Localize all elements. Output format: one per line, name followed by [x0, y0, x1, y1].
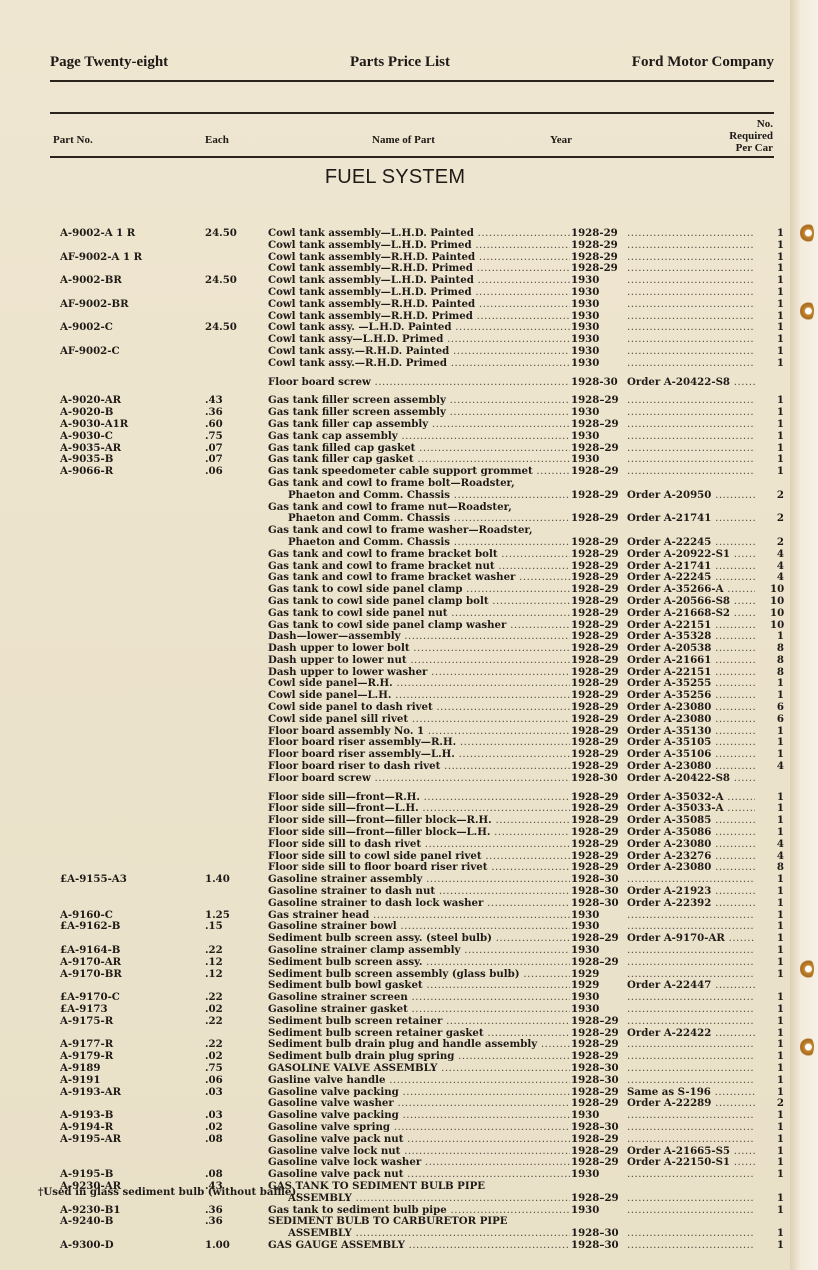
- order-note: [627, 1004, 755, 1016]
- part-name: Gas tank and cowl to frame nut—Roadster,: [268, 502, 570, 514]
- quantity-per-car: 8: [770, 655, 784, 667]
- table-row: Gas tank and cowl to frame bracket nut19…: [0, 561, 790, 573]
- part-number: A-9002-C: [60, 322, 113, 334]
- table-row: Floor side sill to dash rivet1928–29Orde…: [0, 839, 790, 851]
- part-number: A-9170-BR: [60, 969, 122, 981]
- quantity-per-car: 10: [770, 608, 784, 620]
- order-note: Order A-22151: [627, 620, 755, 632]
- column-header-bottom-rule: [50, 156, 774, 158]
- table-row: Floor board screw1928-30Order A-20422-S8: [0, 773, 790, 785]
- table-row: Floor board riser assembly—L.H.1928–29Or…: [0, 749, 790, 761]
- table-row: A-9195-AR.08Gasoline valve pack nut1928–…: [0, 1134, 790, 1146]
- footnote: †Used in glass sediment bulb (without ba…: [38, 1186, 300, 1198]
- price-each: .06: [205, 466, 235, 478]
- part-name: Gasoline strainer clamp assembly: [268, 945, 570, 957]
- part-name: Floor board assembly No. 1: [268, 726, 570, 738]
- part-name: Gas tank cap assembly: [268, 431, 570, 443]
- part-name: Cowl tank assembly—R.H.D. Painted: [268, 252, 570, 264]
- part-year: 1928–29: [571, 839, 619, 851]
- quantity-per-car: 1: [770, 1240, 784, 1252]
- part-year: 1928–29: [571, 655, 619, 667]
- quantity-per-car: 2: [770, 513, 784, 525]
- table-row: A-9230-B1.36Gas tank to sediment bulb pi…: [0, 1205, 790, 1217]
- quantity-per-car: 1: [770, 1205, 784, 1217]
- quantity-per-car: 1: [770, 431, 784, 443]
- order-note: [627, 992, 755, 1004]
- order-note: Order A-20922-S1: [627, 549, 755, 561]
- part-name: Gasoline valve pack nut: [268, 1169, 570, 1181]
- part-year: 1928–29: [571, 608, 619, 620]
- part-year: 1930: [571, 431, 599, 443]
- price-each: .75: [205, 1063, 235, 1075]
- table-row: A-9170-AR.12Sediment bulb screen assy.19…: [0, 957, 790, 969]
- price-each: .03: [205, 1087, 235, 1099]
- table-row: Cowl side panel to dash rivet1928–29Orde…: [0, 702, 790, 714]
- order-note: [627, 322, 755, 334]
- part-name: Gas tank and cowl to frame bracket bolt: [268, 549, 570, 561]
- part-year: 1928–29: [571, 537, 619, 549]
- col-qty: No. Required Per Car: [729, 118, 773, 154]
- table-row: Gasoline valve washer1928–29Order A-2228…: [0, 1098, 790, 1110]
- table-row: A-9002-BR24.50Cowl tank assembly—L.H.D. …: [0, 275, 790, 287]
- part-name: SEDIMENT BULB TO CARBURETOR PIPE: [268, 1216, 570, 1228]
- order-note: [627, 275, 755, 287]
- order-note: [627, 287, 755, 299]
- part-year: 1928–29: [571, 513, 619, 525]
- order-note: Order A-35086: [627, 827, 755, 839]
- order-note: Order A-23080: [627, 761, 755, 773]
- part-name: Gas strainer head: [268, 910, 570, 922]
- header-rule: [50, 80, 774, 82]
- part-year: 1928–29: [571, 1134, 619, 1146]
- order-note: [627, 299, 755, 311]
- part-year: 1928–29: [571, 419, 619, 431]
- table-row: £A-9155-A31.40Gasoline strainer assembly…: [0, 874, 790, 886]
- order-note: Order A-22150-S1: [627, 1157, 755, 1169]
- binder-hole-icon: [800, 222, 814, 244]
- price-each: 24.50: [205, 275, 235, 287]
- order-note: [627, 1134, 755, 1146]
- part-name: Gas tank filler screen assembly: [268, 407, 570, 419]
- table-row: A-9179-R.02Sediment bulb drain plug spri…: [0, 1051, 790, 1063]
- order-note: [627, 1063, 755, 1075]
- part-year: 1928–29: [571, 1016, 619, 1028]
- order-note: Order A-22447: [627, 980, 755, 992]
- part-number: AF-9002-A 1 R: [60, 252, 142, 264]
- quantity-per-car: 1: [770, 1122, 784, 1134]
- quantity-per-car: 1: [770, 240, 784, 252]
- part-name: Gas tank and cowl to frame bolt—Roadster…: [268, 478, 570, 490]
- quantity-per-car: 1: [770, 1134, 784, 1146]
- col-each: Each: [205, 134, 229, 146]
- table-row: Floor side sill—front—filler block—L.H.1…: [0, 827, 790, 839]
- part-name: Gas tank filler screen assembly: [268, 395, 570, 407]
- quantity-per-car: 10: [770, 596, 784, 608]
- part-name: Gasoline strainer assembly: [268, 874, 570, 886]
- row-spacer: [0, 785, 790, 792]
- part-name: Phaeton and Comm. Chassis: [268, 513, 570, 525]
- table-row: ASSEMBLY1928–301: [0, 1228, 790, 1240]
- order-note: Order A-22289: [627, 1098, 755, 1110]
- order-note: [627, 1039, 755, 1051]
- part-name: Gas tank and cowl to frame bracket nut: [268, 561, 570, 573]
- quantity-per-car: 4: [770, 549, 784, 561]
- order-note: [627, 454, 755, 466]
- order-note: Order A-20566-S8: [627, 596, 755, 608]
- table-row: A-9035-AR.07Gas tank filled cap gasket19…: [0, 443, 790, 455]
- part-name: Cowl tank assembly—R.H.D. Primed: [268, 311, 570, 323]
- col-year: Year: [550, 134, 572, 146]
- order-note: [627, 252, 755, 264]
- part-name: Floor side sill—front—filler block—L.H.: [268, 827, 570, 839]
- part-name: Gasoline strainer bowl: [268, 921, 570, 933]
- part-name: Gas tank to cowl side panel clamp bolt: [268, 596, 570, 608]
- binder-hole-icon: [800, 300, 814, 322]
- table-row: Gas tank and cowl to frame bracket bolt1…: [0, 549, 790, 561]
- binder-hole-icon: [800, 958, 814, 980]
- part-number: A-9175-R: [60, 1016, 113, 1028]
- part-year: 1928-30: [571, 773, 618, 785]
- order-note: [627, 358, 755, 370]
- table-row: A-9240-B.36SEDIMENT BULB TO CARBURETOR P…: [0, 1216, 790, 1228]
- part-name: Floor board riser assembly—R.H.: [268, 737, 570, 749]
- order-note: [627, 407, 755, 419]
- order-note: Order A-21741: [627, 561, 755, 573]
- part-year: 1930: [571, 346, 599, 358]
- price-each: .02: [205, 1122, 235, 1134]
- order-note: Order A-21923: [627, 886, 755, 898]
- part-name: Cowl tank assembly—R.H.D. Primed: [268, 263, 570, 275]
- part-name: Gas tank to cowl side panel nut: [268, 608, 570, 620]
- table-row: Dash—lower—assembly1928–29Order A-353281: [0, 631, 790, 643]
- table-row: Gas tank to cowl side panel clamp bolt19…: [0, 596, 790, 608]
- table-row: £A-9170-C.22Gasoline strainer screen1930…: [0, 992, 790, 1004]
- part-name: Gas tank filled cap gasket: [268, 443, 570, 455]
- part-name: Dash upper to lower bolt: [268, 643, 570, 655]
- order-note: [627, 957, 755, 969]
- table-row: A-9170-BR.12Sediment bulb screen assembl…: [0, 969, 790, 981]
- order-note: Order A-21668-S2: [627, 608, 755, 620]
- part-name: Floor side sill—front—R.H.: [268, 792, 570, 804]
- part-year: 1928–30: [571, 1240, 619, 1252]
- part-name: Gasoline valve lock washer: [268, 1157, 570, 1169]
- table-row: A-9020-AR.43Gas tank filler screen assem…: [0, 395, 790, 407]
- table-row: Gasoline strainer to dash nut1928–30Orde…: [0, 886, 790, 898]
- part-name: GASOLINE VALVE ASSEMBLY: [268, 1063, 570, 1075]
- table-row: Dash upper to lower washer1928–29Order A…: [0, 667, 790, 679]
- table-row: AF-9002-BRCowl tank assembly—R.H.D. Pain…: [0, 299, 790, 311]
- order-note: [627, 228, 755, 240]
- part-name: Floor side sill to cowl side panel rivet: [268, 851, 570, 863]
- part-name: Floor side sill—front—filler block—R.H.: [268, 815, 570, 827]
- part-year: 1928–29: [571, 549, 619, 561]
- order-note: [627, 1240, 755, 1252]
- order-note: Order A-23080: [627, 862, 755, 874]
- price-each: 24.50: [205, 228, 235, 240]
- col-qty-line: No.: [729, 118, 773, 130]
- col-part-no: Part No.: [53, 134, 93, 146]
- table-row: Floor board riser to dash rivet1928–29Or…: [0, 761, 790, 773]
- order-note: Order A-35266-A: [627, 584, 755, 596]
- order-note: [627, 1110, 755, 1122]
- part-name: Gasoline strainer screen: [268, 992, 570, 1004]
- order-note: [627, 311, 755, 323]
- table-row: A-9300-D1.00GAS GAUGE ASSEMBLY1928–301: [0, 1240, 790, 1252]
- part-number: A-9195-AR: [60, 1134, 121, 1146]
- part-name: Sediment bulb bowl gasket: [268, 980, 570, 992]
- part-year: 1928–30: [571, 1063, 619, 1075]
- table-row: A-9002-C24.50Cowl tank assy. —L.H.D. Pai…: [0, 322, 790, 334]
- column-header-top-rule: [50, 112, 774, 114]
- part-name: Gasoline strainer to dash lock washer: [268, 898, 570, 910]
- quantity-per-car: 4: [770, 761, 784, 773]
- table-row: Floor side sill—front—L.H.1928–29Order A…: [0, 803, 790, 815]
- part-number: A-9300-D: [60, 1240, 114, 1252]
- table-row: A-9002-A 1 R24.50Cowl tank assembly—L.H.…: [0, 228, 790, 240]
- part-year: 1928–29: [571, 490, 619, 502]
- table-row: Floor side sill—front—R.H.1928–29Order A…: [0, 792, 790, 804]
- part-name: Gasoline valve spring: [268, 1122, 570, 1134]
- quantity-per-car: 1: [770, 969, 784, 981]
- order-note: [627, 1122, 755, 1134]
- price-each: .06: [205, 1075, 235, 1087]
- part-name: Cowl tank assembly—L.H.D. Painted: [268, 228, 570, 240]
- table-row: Floor side sill—front—filler block—R.H.1…: [0, 815, 790, 827]
- table-row: Dash upper to lower nut1928–29Order A-21…: [0, 655, 790, 667]
- col-name: Name of Part: [372, 134, 435, 146]
- part-name: Gasoline valve packing: [268, 1087, 570, 1099]
- part-name: Cowl tank assy.—R.H.D. Painted: [268, 346, 570, 358]
- part-name: Dash upper to lower washer: [268, 667, 570, 679]
- column-headers: Part No. Each Name of Part Year No. Requ…: [50, 118, 774, 154]
- order-note: Order A-35328: [627, 631, 755, 643]
- table-row: AF-9002-CCowl tank assy.—R.H.D. Painted1…: [0, 346, 790, 358]
- table-row: Gas tank to cowl side panel nut1928–29Or…: [0, 608, 790, 620]
- part-number: £A-9155-A3: [60, 874, 127, 886]
- table-row: A-9189.75GASOLINE VALVE ASSEMBLY1928–301: [0, 1063, 790, 1075]
- part-name: Sediment bulb screen assy. (steel bulb): [268, 933, 570, 945]
- order-note: Order A-35032-A: [627, 792, 755, 804]
- part-name: Gasoline strainer gasket: [268, 1004, 570, 1016]
- part-name: Floor side sill—front—L.H.: [268, 803, 570, 815]
- order-note: Order A-35255: [627, 678, 755, 690]
- part-year: 1928–30: [571, 898, 619, 910]
- table-row: Cowl tank assembly—L.H.D. Primed1928-291: [0, 240, 790, 252]
- quantity-per-car: 1: [770, 358, 784, 370]
- part-name: Gas tank and cowl to frame bracket washe…: [268, 572, 570, 584]
- part-number: AF-9002-BR: [60, 299, 129, 311]
- table-row: Cowl side panel sill rivet1928–29Order A…: [0, 714, 790, 726]
- table-row: A-9177-R.22Sediment bulb drain plug and …: [0, 1039, 790, 1051]
- part-number: A-9002-BR: [60, 275, 122, 287]
- table-row: A-9030-C.75Gas tank cap assembly19301: [0, 431, 790, 443]
- quantity-per-car: 2: [770, 490, 784, 502]
- part-name: Cowl tank assy—L.H.D. Primed: [268, 334, 570, 346]
- table-row: Cowl side panel—L.H.1928–29Order A-35256…: [0, 690, 790, 702]
- order-note: [627, 263, 755, 275]
- part-name: Gas tank and cowl to frame washer—Roadst…: [268, 525, 570, 537]
- part-name: Dash upper to lower nut: [268, 655, 570, 667]
- order-note: Order A-22392: [627, 898, 755, 910]
- price-each: 1.40: [205, 874, 235, 886]
- table-row: Floor board riser assembly—R.H.1928–29Or…: [0, 737, 790, 749]
- binder-hole-icon: [800, 1036, 814, 1058]
- part-year: 1930: [571, 1169, 599, 1181]
- order-note: Order A-20422-S8: [627, 773, 755, 785]
- part-name: Cowl tank assy.—R.H.D. Primed: [268, 358, 570, 370]
- company-name: Ford Motor Company: [632, 54, 774, 71]
- part-number: A-9240-B: [60, 1216, 113, 1228]
- part-name: Floor board screw: [268, 773, 570, 785]
- part-number: A-9066-R: [60, 466, 113, 478]
- price-each: .12: [205, 969, 235, 981]
- order-note: Order A-35106: [627, 749, 755, 761]
- table-row: Cowl side panel—R.H.1928–29Order A-35255…: [0, 678, 790, 690]
- part-year: 1928–30: [571, 1122, 619, 1134]
- table-row: A-9193-B.03Gasoline valve packing19301: [0, 1110, 790, 1122]
- table-row: A-9191.06Gasline valve handle1928–301: [0, 1075, 790, 1087]
- quantity-per-car: 6: [770, 714, 784, 726]
- quantity-per-car: 1: [770, 287, 784, 299]
- order-note: [627, 910, 755, 922]
- part-number: £A-9162-B: [60, 921, 120, 933]
- row-spacer: [0, 370, 790, 377]
- order-note: [627, 1169, 755, 1181]
- table-row: Phaeton and Comm. Chassis1928–29Order A-…: [0, 513, 790, 525]
- part-name: Phaeton and Comm. Chassis: [268, 537, 570, 549]
- order-note: [627, 466, 755, 478]
- part-year: 1930: [571, 1205, 599, 1217]
- order-note: [627, 945, 755, 957]
- order-note: [627, 1205, 755, 1217]
- table-row: A-9194-R.02Gasoline valve spring1928–301: [0, 1122, 790, 1134]
- price-each: .08: [205, 1134, 235, 1146]
- price-each: .75: [205, 431, 235, 443]
- price-each: .12: [205, 957, 235, 969]
- table-row: Gas tank and cowl to frame bracket washe…: [0, 572, 790, 584]
- order-note: [627, 874, 755, 886]
- order-note: Order A-35085: [627, 815, 755, 827]
- part-name: Sediment bulb screen retainer: [268, 1016, 570, 1028]
- part-name: Cowl side panel—L.H.: [268, 690, 570, 702]
- order-note: Order A-35105: [627, 737, 755, 749]
- order-note: [627, 1193, 755, 1205]
- quantity-per-car: 4: [770, 839, 784, 851]
- part-name: Cowl tank assembly—L.H.D. Primed: [268, 240, 570, 252]
- order-note: Order A-22151: [627, 667, 755, 679]
- order-note: Order A-23080: [627, 839, 755, 851]
- table-row: A-9035-B.07Gas tank filler cap gasket193…: [0, 454, 790, 466]
- part-name: GAS GAUGE ASSEMBLY: [268, 1240, 570, 1252]
- part-year: 1930: [571, 358, 599, 370]
- part-name: ASSEMBLY: [268, 1228, 570, 1240]
- price-each: 1.00: [205, 1240, 235, 1252]
- table-row: Cowl tank assy.—R.H.D. Primed19301: [0, 358, 790, 370]
- order-note: Order A-21741: [627, 513, 755, 525]
- page-number: Page Twenty-eight: [50, 54, 168, 71]
- table-row: Dash upper to lower bolt1928–29Order A-2…: [0, 643, 790, 655]
- part-name: Gas tank to cowl side panel clamp washer: [268, 620, 570, 632]
- table-row: Phaeton and Comm. Chassis1928–29Order A-…: [0, 490, 790, 502]
- part-name: Gas tank speedometer cable support gromm…: [268, 466, 570, 478]
- part-name: Cowl side panel sill rivet: [268, 714, 570, 726]
- order-note: Same as S-196: [627, 1087, 755, 1099]
- part-year: 1930: [571, 287, 599, 299]
- table-row: Gas tank and cowl to frame bolt—Roadster…: [0, 478, 790, 490]
- price-each: .36: [205, 1216, 235, 1228]
- quantity-per-car: 1: [770, 957, 784, 969]
- part-year: 1928–29: [571, 596, 619, 608]
- table-row: A-9030-A1R.60Gas tank filler cap assembl…: [0, 419, 790, 431]
- part-name: Floor side sill to dash rivet: [268, 839, 570, 851]
- part-name: Sediment bulb screen assembly (glass bul…: [268, 969, 570, 981]
- part-year: 1928–29: [571, 1193, 619, 1205]
- order-note: Order A-23276: [627, 851, 755, 863]
- table-row: Cowl tank assembly—L.H.D. Primed19301: [0, 287, 790, 299]
- table-row: £A-9173.02Gasoline strainer gasket19301: [0, 1004, 790, 1016]
- part-year: 1928–30: [571, 1075, 619, 1087]
- part-name: Gas tank to cowl side panel clamp: [268, 584, 570, 596]
- part-name: Cowl tank assembly—L.H.D. Painted: [268, 275, 570, 287]
- quantity-per-car: 1: [770, 1016, 784, 1028]
- parts-table: A-9002-A 1 R24.50Cowl tank assembly—L.H.…: [0, 228, 790, 1252]
- part-name: Gasoline valve lock nut: [268, 1146, 570, 1158]
- order-note: Order A-23080: [627, 714, 755, 726]
- order-note: [627, 419, 755, 431]
- table-row: Floor board screw1928-30Order A-20422-S8: [0, 377, 790, 389]
- table-row: AF-9002-A 1 RCowl tank assembly—R.H.D. P…: [0, 252, 790, 264]
- table-row: Phaeton and Comm. Chassis1928–29Order A-…: [0, 537, 790, 549]
- order-note: [627, 431, 755, 443]
- table-row: £A-9162-B.15Gasoline strainer bowl19301: [0, 921, 790, 933]
- table-row: A-9066-R.06Gas tank speedometer cable su…: [0, 466, 790, 478]
- page-edge: [790, 0, 818, 1270]
- part-number: A-9191: [60, 1075, 101, 1087]
- order-note: [627, 240, 755, 252]
- table-row: Floor side sill to cowl side panel rivet…: [0, 851, 790, 863]
- part-name: GAS TANK TO SEDIMENT BULB PIPE: [268, 1181, 570, 1193]
- part-name: Cowl side panel—R.H.: [268, 678, 570, 690]
- part-name: Floor side sill to floor board riser riv…: [268, 862, 570, 874]
- price-each: 24.50: [205, 322, 235, 334]
- order-note: [627, 1228, 755, 1240]
- part-number: A-9030-C: [60, 431, 113, 443]
- table-row: Gasoline valve lock nut1928–29Order A-21…: [0, 1146, 790, 1158]
- table-row: Gas tank and cowl to frame nut—Roadster,: [0, 502, 790, 514]
- order-note: Order A-23080: [627, 702, 755, 714]
- order-note: [627, 921, 755, 933]
- quantity-per-car: 1: [770, 466, 784, 478]
- part-year: 1928-29: [571, 240, 618, 252]
- order-note: Order A-20538: [627, 643, 755, 655]
- table-row: Gasoline strainer to dash lock washer192…: [0, 898, 790, 910]
- part-name: Gasoline valve packing: [268, 1110, 570, 1122]
- part-name: Gasoline valve pack nut: [268, 1134, 570, 1146]
- table-row: Cowl tank assembly—R.H.D. Primed19301: [0, 311, 790, 323]
- quantity-per-car: 1: [770, 1169, 784, 1181]
- order-note: Order A-35033-A: [627, 803, 755, 815]
- part-name: Gas tank filler cap gasket: [268, 454, 570, 466]
- order-note: Order A-22245: [627, 572, 755, 584]
- order-note: Order A-9170-AR: [627, 933, 755, 945]
- part-number: A-9194-R: [60, 1122, 113, 1134]
- order-note: [627, 443, 755, 455]
- order-note: [627, 1016, 755, 1028]
- part-year: 1930: [571, 299, 599, 311]
- price-each: .60: [205, 419, 235, 431]
- quantity-per-car: 1: [770, 1075, 784, 1087]
- section-title: FUEL SYSTEM: [0, 166, 790, 189]
